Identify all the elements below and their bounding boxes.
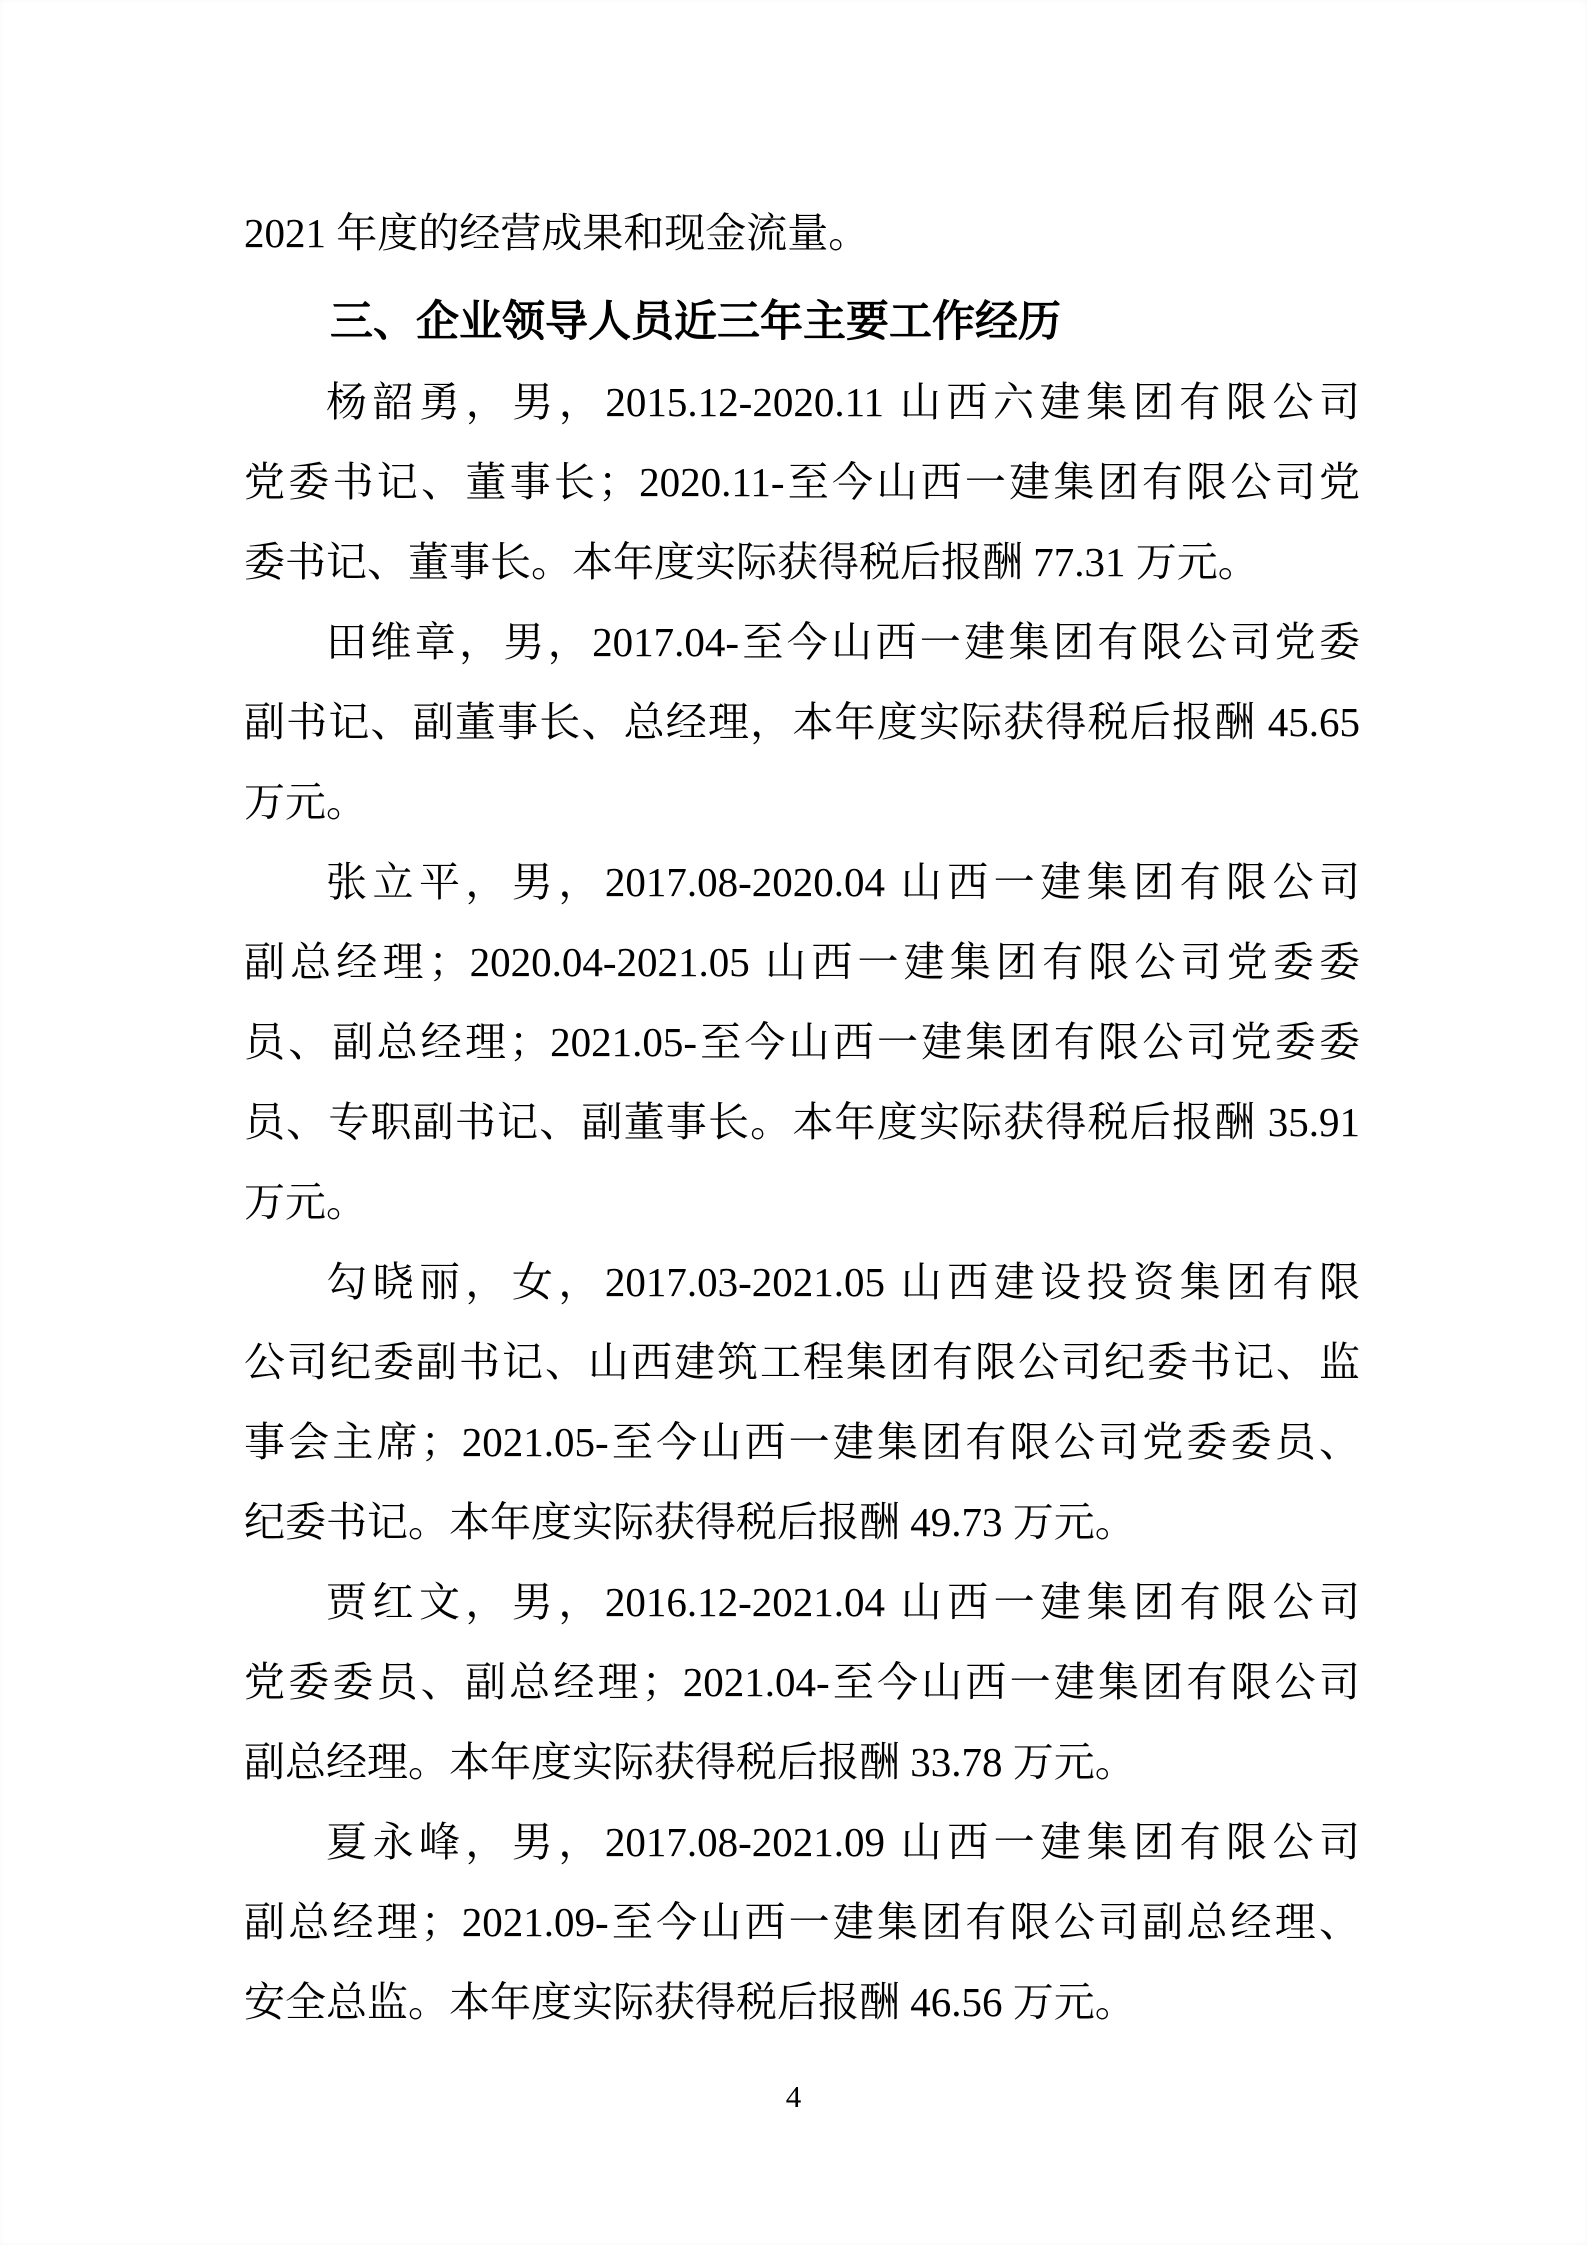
paragraph: 夏永峰，男，2017.08-2021.09 山西一建集团有限公司副总经理；202… <box>244 1802 1360 2042</box>
paragraph-line: 公司纪委副书记、山西建筑工程集团有限公司纪委书记、监 <box>244 1322 1360 1402</box>
paragraph-line: 夏永峰，男，2017.08-2021.09 山西一建集团有限公司 <box>244 1802 1360 1882</box>
paragraph-line: 贾红文，男，2016.12-2021.04 山西一建集团有限公司 <box>244 1562 1360 1642</box>
paragraph-line: 勾晓丽，女，2017.03-2021.05 山西建设投资集团有限 <box>244 1242 1360 1322</box>
paragraph-line: 员、副总经理；2021.05-至今山西一建集团有限公司党委委 <box>244 1002 1360 1082</box>
paragraph-line: 万元。 <box>244 1162 1360 1242</box>
paragraph-line: 万元。 <box>244 762 1360 842</box>
paragraph-line: 副总经理。本年度实际获得税后报酬 33.78 万元。 <box>244 1722 1360 1802</box>
section-heading: 三、企业领导人员近三年主要工作经历 <box>244 282 1360 362</box>
paragraph-line: 党委书记、董事长；2020.11-至今山西一建集团有限公司党 <box>244 442 1360 522</box>
paragraph-line: 杨韶勇，男，2015.12-2020.11 山西六建集团有限公司 <box>244 362 1360 442</box>
page-number: 4 <box>0 2077 1587 2117</box>
paragraph-line: 事会主席；2021.05-至今山西一建集团有限公司党委委员、 <box>244 1402 1360 1482</box>
document-page: 2021 年度的经营成果和现金流量。 三、企业领导人员近三年主要工作经历 杨韶勇… <box>0 0 1587 2245</box>
paragraph: 田维章，男，2017.04-至今山西一建集团有限公司党委副书记、副董事长、总经理… <box>244 602 1360 842</box>
paragraph: 勾晓丽，女，2017.03-2021.05 山西建设投资集团有限公司纪委副书记、… <box>244 1242 1360 1562</box>
section-body: 杨韶勇，男，2015.12-2020.11 山西六建集团有限公司党委书记、董事长… <box>244 362 1360 2042</box>
paragraph-line: 员、专职副书记、副董事长。本年度实际获得税后报酬 35.91 <box>244 1082 1360 1162</box>
paragraph-line: 党委委员、副总经理；2021.04-至今山西一建集团有限公司 <box>244 1642 1360 1722</box>
paragraph-line: 委书记、董事长。本年度实际获得税后报酬 77.31 万元。 <box>244 522 1360 602</box>
paragraph-line: 纪委书记。本年度实际获得税后报酬 49.73 万元。 <box>244 1482 1360 1562</box>
paragraph-line: 副总经理；2020.04-2021.05 山西一建集团有限公司党委委 <box>244 922 1360 1002</box>
paragraph-line: 张立平，男，2017.08-2020.04 山西一建集团有限公司 <box>244 842 1360 922</box>
paragraph-line: 安全总监。本年度实际获得税后报酬 46.56 万元。 <box>244 1962 1360 2042</box>
page-content: 2021 年度的经营成果和现金流量。 三、企业领导人员近三年主要工作经历 杨韶勇… <box>244 193 1360 2042</box>
paragraph-continuation-line: 2021 年度的经营成果和现金流量。 <box>244 193 1360 273</box>
paragraph: 杨韶勇，男，2015.12-2020.11 山西六建集团有限公司党委书记、董事长… <box>244 362 1360 602</box>
paragraph-line: 田维章，男，2017.04-至今山西一建集团有限公司党委 <box>244 602 1360 682</box>
paragraph: 贾红文，男，2016.12-2021.04 山西一建集团有限公司党委委员、副总经… <box>244 1562 1360 1802</box>
paragraph: 张立平，男，2017.08-2020.04 山西一建集团有限公司副总经理；202… <box>244 842 1360 1242</box>
paragraph-line: 副总经理；2021.09-至今山西一建集团有限公司副总经理、 <box>244 1882 1360 1962</box>
paragraph-line: 副书记、副董事长、总经理，本年度实际获得税后报酬 45.65 <box>244 682 1360 762</box>
